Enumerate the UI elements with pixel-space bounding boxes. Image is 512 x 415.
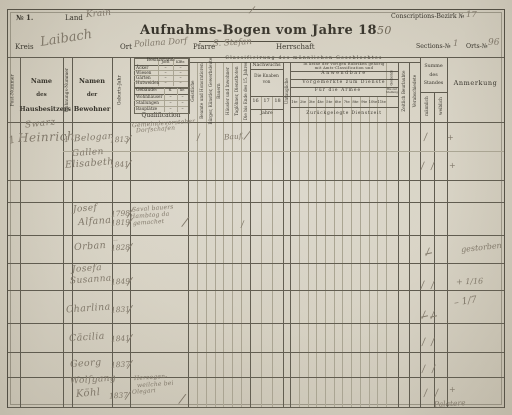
- resident-name: Wolfgang: [70, 374, 117, 386]
- qualification-entry: gemachet: [133, 219, 165, 227]
- grid-hline: [250, 96, 398, 97]
- bewohner-column-header: Namen: [70, 78, 114, 85]
- nachwuchs-title: Nachwuchs: [250, 63, 284, 68]
- age-class-header: 3te: [307, 100, 316, 104]
- wohnung-number-column-header: Wohnungs-Nummer: [65, 50, 69, 130]
- class-column-header: Die bis Ende des 15. Jahres: [243, 51, 247, 131]
- resident-name: Alfana: [78, 216, 112, 228]
- gebaeude-unit-kr: kr.: [178, 89, 188, 93]
- gebaeude-title: Gebäude:: [136, 89, 157, 94]
- class-tally-mark: ∕: [197, 134, 201, 143]
- resident-name: Cäcilia: [69, 332, 105, 344]
- resident-name: Josef: [73, 204, 98, 215]
- age-class-header: 10te: [368, 100, 377, 104]
- age-class-header: 6te: [333, 100, 342, 104]
- tally-mark: ∕: [421, 281, 425, 291]
- grid-hline: [250, 69, 283, 70]
- remark-entry: +: [449, 162, 456, 170]
- tally-mark: ∕: [435, 389, 439, 399]
- besitz-unit-klftr: Klftr.: [174, 61, 188, 65]
- gebaeude-row-dash: –: [178, 107, 188, 111]
- gebaeude-row-dash: –: [166, 107, 176, 111]
- age-class-header: 1te: [290, 100, 299, 104]
- resident-name: Charlina: [66, 302, 111, 315]
- tally-mark: ∕: [424, 133, 428, 143]
- mid-side-column-header: Gediente: [390, 38, 393, 118]
- nachwuchs-subtitle: von: [250, 80, 284, 84]
- tally-mark: ∕: [421, 162, 425, 172]
- gebaeude-row-dash: –: [178, 95, 188, 99]
- class-column-header: Beamte und Honoratioren: [199, 51, 203, 131]
- class-column-header: Häusler und Inwohner: [225, 51, 229, 131]
- age-class-header: 9te: [360, 100, 369, 104]
- grid-hline: [290, 107, 398, 108]
- qualification-flourish: ∕: [179, 393, 186, 407]
- gebaeude-row-label: Bauplätze: [136, 107, 157, 111]
- resident-name: Orban: [74, 241, 107, 253]
- grid-hline: [8, 323, 504, 324]
- besitz-row-dash: –: [176, 81, 186, 85]
- tally-mark: ∕: [422, 365, 426, 375]
- age-class-header: 8te: [351, 100, 360, 104]
- mid-vorgemerkte: Vorgemerkte zum Dienste: [290, 81, 398, 86]
- grid-vline-light: [261, 96, 262, 407]
- grid-vline: [447, 57, 448, 407]
- nachwuchs-year-header: 18: [272, 99, 283, 104]
- grid-vline-light: [308, 96, 309, 407]
- resident-name: Elisabeth: [65, 157, 114, 170]
- year-flourish: ∕: [127, 242, 132, 253]
- owner-column-header: Name: [20, 78, 64, 85]
- age-class-header: 4te: [316, 100, 325, 104]
- tally-mark: ∕: [431, 162, 435, 172]
- tally-mark: ∕: [432, 365, 436, 375]
- gebaeude-row-label: Stallungen: [136, 101, 159, 105]
- grid-hline: [8, 180, 504, 181]
- tally-mark: ∕: [431, 338, 435, 348]
- bewohner-column-header: Bewohner: [70, 106, 114, 113]
- grid-vline: [434, 92, 435, 407]
- grid-vline-light: [351, 96, 352, 407]
- gebaeude-row-dash: –: [166, 101, 176, 105]
- scanned-census-form: № 1. Land Krain Conscriptions-Bezirk № 1…: [0, 0, 512, 415]
- year-flourish: ∕: [127, 359, 132, 370]
- besitz-row-label: Hutweiden: [136, 81, 159, 85]
- grid-vline-light: [342, 96, 343, 407]
- tally-mark: ∕: [422, 338, 426, 348]
- besitz-unit-joch: Joch: [159, 61, 173, 65]
- class-column-header: Bauern: [217, 51, 221, 131]
- grid-hline: [8, 407, 504, 408]
- resident-name: Susanna: [70, 275, 112, 287]
- house-owner-name: Swarz: [25, 118, 57, 130]
- owner-column-header: Hausbesitzers: [20, 106, 64, 113]
- grid-vline: [130, 57, 131, 407]
- table-grid: Post-NummerWohnungs-NummerGeburts-JahrNa…: [0, 0, 512, 415]
- remark-entry: – 1/7: [453, 295, 477, 308]
- grid-vline-light: [316, 96, 317, 407]
- remark-entry: + 1/16: [456, 278, 483, 287]
- post-number-column-header: Post-Nummer: [12, 50, 17, 130]
- grid-hline: [8, 57, 504, 58]
- beurlaubte-column-header: Zeitlich Beurlaubte: [401, 51, 405, 131]
- resident-name: Josefa: [72, 264, 103, 275]
- mid-foot: Zurückgelegte Dienstzeit: [290, 112, 398, 117]
- grid-vline: [420, 57, 421, 407]
- grid-hline-light: [63, 151, 504, 152]
- class-column-header: Bürger, Künstler, Gewerbsleute: [208, 51, 212, 131]
- remark-entry: +: [449, 386, 456, 394]
- grid-vline-light: [272, 96, 273, 407]
- year-flourish: ∕: [127, 333, 132, 344]
- year-flourish: ∕: [127, 276, 132, 287]
- age-class-header: 2te: [299, 100, 308, 104]
- grid-vline-light: [325, 96, 326, 407]
- nachwuchs-year-header: 16: [250, 99, 261, 104]
- year-flourish: ∕: [126, 159, 131, 170]
- grid-vline-light: [299, 96, 300, 407]
- tally-mark: ∕: [431, 281, 435, 291]
- grid-vline-light: [377, 96, 378, 407]
- gebaeude-row-dash: –: [178, 101, 188, 105]
- age-class-header: 5te: [325, 100, 334, 104]
- qualification-entry: Olegari: [132, 388, 156, 396]
- mid-armee: Für die Armee: [290, 89, 386, 94]
- gebaeude-row-dash: –: [166, 95, 176, 99]
- nachwuchs-foot: Jahre: [250, 112, 284, 117]
- resident-name: Belogar: [74, 133, 113, 145]
- verabschiedete-column-header: Verabschiedete: [412, 51, 416, 131]
- geburtsjahr-column-header: Geburts-Jahr: [119, 50, 124, 130]
- grid-hline: [8, 202, 504, 203]
- class-column-header: Taglöhner, Dienstboten: [234, 51, 238, 131]
- grid-hline: [250, 109, 283, 110]
- class-tally-mark: ∕: [241, 221, 245, 230]
- mid-anwendbare: Anwendbare: [290, 72, 398, 77]
- grid-vline-light: [334, 96, 335, 407]
- resident-name: Köhl: [76, 388, 101, 400]
- scribble: ﹏: [112, 236, 118, 242]
- grid-hline: [8, 352, 504, 353]
- remark-entry: gestorben: [461, 242, 502, 254]
- gebaeude-unit-fl: fl.: [165, 89, 177, 93]
- untauglich-column-header: Untaugliche: [284, 51, 288, 131]
- year-flourish: ∕: [125, 390, 130, 401]
- tally-mark: ∕: [424, 389, 428, 399]
- class-column-note: Bauf.: [224, 132, 244, 141]
- summary-female-header: weiblich: [438, 66, 442, 146]
- owner-column-header: des: [20, 93, 64, 99]
- wohnung-number-entry: 1: [64, 136, 70, 144]
- remark-entry: +: [447, 134, 454, 142]
- age-class-header: 7te: [342, 100, 351, 104]
- besitz-row-dash: –: [161, 81, 171, 85]
- post-number-entry: 1: [8, 135, 17, 146]
- year-flourish: ∕: [127, 304, 132, 315]
- grid-hline: [8, 235, 504, 236]
- nachwuchs-subtitle: Die Knaben: [250, 74, 284, 78]
- qualification-entry: Dorfschafen: [136, 126, 176, 135]
- grid-vline-light: [360, 96, 361, 407]
- bewohner-column-header: der: [70, 93, 114, 99]
- year-flourish: ∕: [126, 134, 131, 145]
- gebaeude-row-label: Wohnhäuser: [136, 95, 162, 99]
- grid-hline: [8, 122, 504, 123]
- grid-hline: [8, 290, 504, 291]
- grid-vline-light: [369, 96, 370, 407]
- nachwuchs-year-header: 17: [261, 99, 272, 104]
- age-class-header: 11te: [377, 100, 386, 104]
- resident-name: Georg: [70, 358, 102, 370]
